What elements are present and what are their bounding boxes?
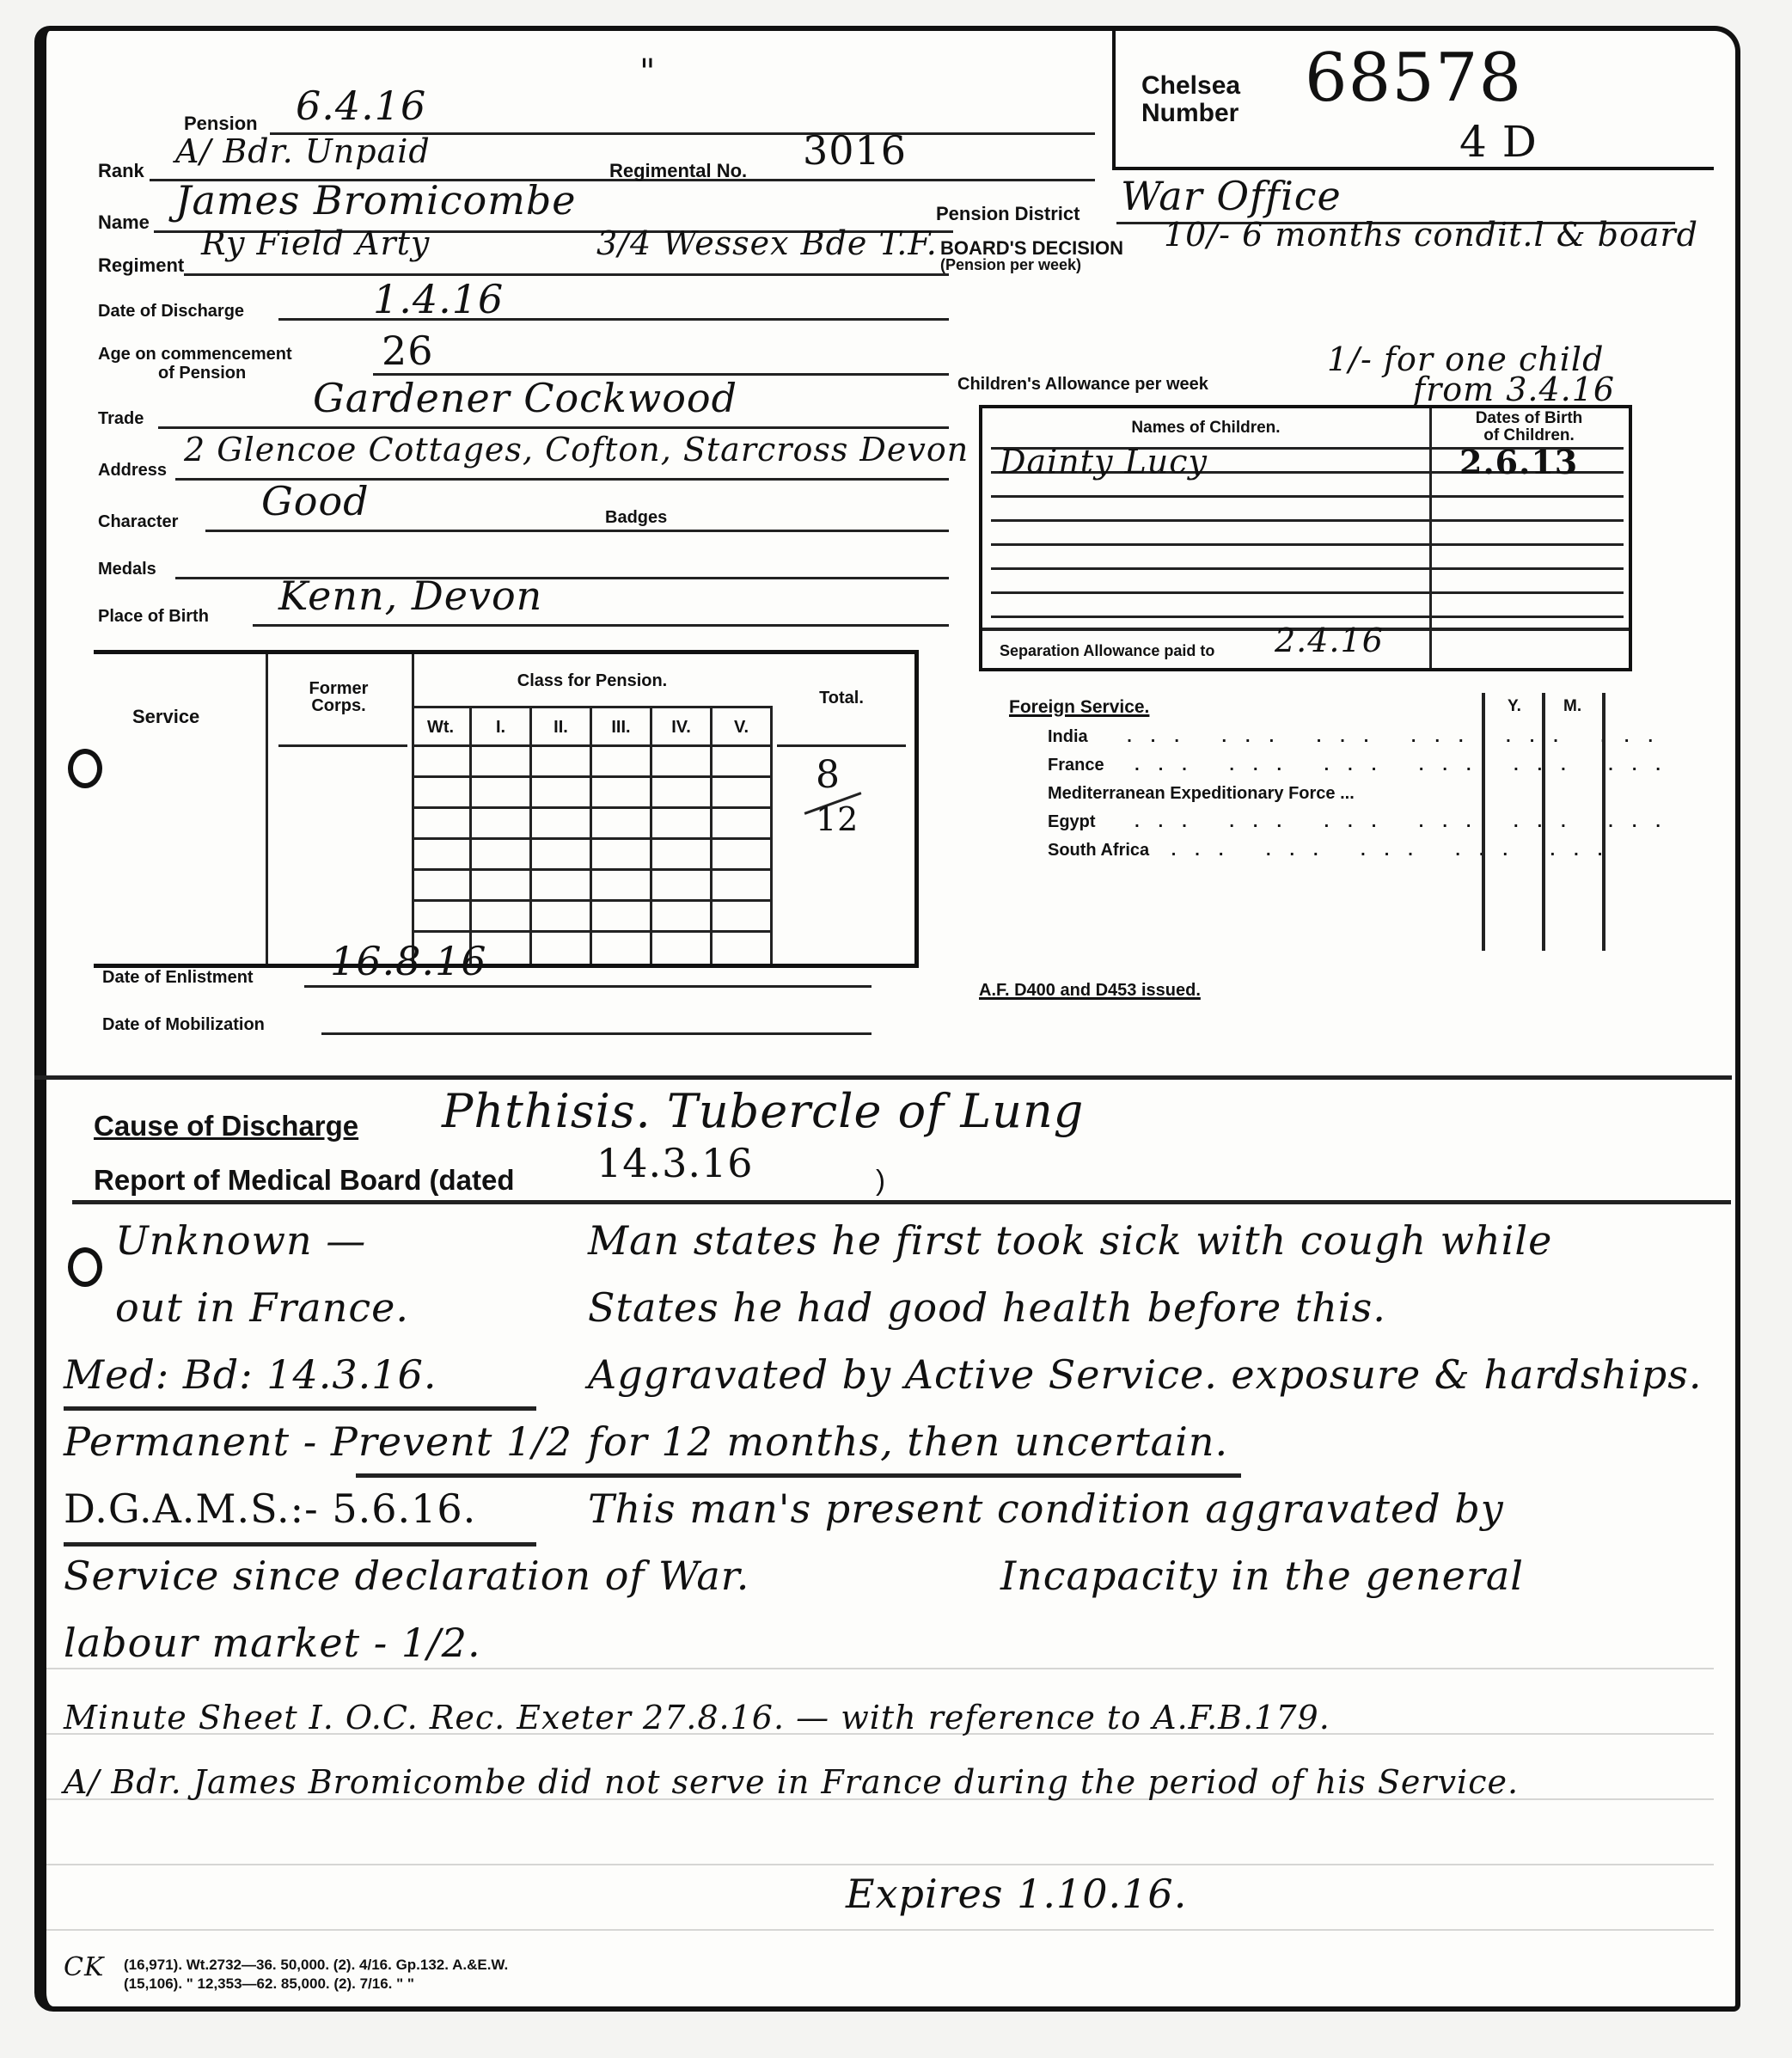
former-corps-rule xyxy=(278,744,407,747)
pension-district-value: War Office xyxy=(1121,173,1342,219)
regiment-value: Ry Field Arty xyxy=(201,224,430,262)
medical-board-date: 14.3.16 xyxy=(596,1140,754,1186)
trade-value: Gardener Cockwood xyxy=(313,375,737,421)
name-label: Name xyxy=(98,211,150,234)
age-label: Age on commencement of Pension xyxy=(98,345,292,383)
pension-record-card: Chelsea Number 68578 4 D " Pension 6.4.1… xyxy=(34,26,1740,2012)
birthplace-label: Place of Birth xyxy=(98,607,209,627)
child-dob: 2.6.13 xyxy=(1459,443,1578,481)
footer-print-line2: (15,106). " 12,353—62. 85,000. (2). 7/16… xyxy=(124,1975,414,1993)
divider xyxy=(1602,693,1605,951)
enlistment-rule xyxy=(304,985,872,988)
divider xyxy=(1482,693,1485,951)
foreign-col-years: Y. xyxy=(1508,697,1521,716)
discharge-date-label: Date of Discharge xyxy=(98,302,244,322)
medals-label: Medals xyxy=(98,560,156,579)
class-col-label: II. xyxy=(532,718,590,738)
minute-sheet-line1: Minute Sheet I. O.C. Rec. Exeter 27.8.16… xyxy=(64,1699,1330,1736)
character-rule xyxy=(205,530,949,532)
enlistment-value: 16.8.16 xyxy=(330,938,487,984)
note-underline xyxy=(356,1473,1241,1478)
regimental-no-value: 3016 xyxy=(803,127,907,174)
class-col-label: III. xyxy=(592,718,650,738)
name-value: James Bromicombe xyxy=(175,177,577,224)
foreign-row-dots: ... ... ... ... ... ... xyxy=(1135,756,1679,775)
class-grid-lines xyxy=(412,744,773,959)
foreign-row-dots: ... ... ... ... ... ... xyxy=(1135,812,1679,831)
children-names-header: Names of Children. xyxy=(982,419,1429,438)
regiment-rule xyxy=(184,273,949,276)
children-dob-header-line1: Dates of Birth xyxy=(1429,410,1629,427)
foreign-col-months: M. xyxy=(1563,697,1581,716)
chelsea-label-line2: Number xyxy=(1141,100,1240,127)
note-left: out in France. xyxy=(115,1284,409,1331)
chelsea-mark: 4 D xyxy=(1459,117,1538,167)
note-right: Man states he first took sick with cough… xyxy=(588,1217,1552,1264)
children-dob-header: Dates of Birth of Children. xyxy=(1429,410,1629,444)
boards-decision-value: 10/- 6 months condit.l & board xyxy=(1164,216,1698,254)
footer-initials: CK xyxy=(64,1952,104,1982)
former-corps-line2: Corps. xyxy=(266,697,412,714)
medical-board-close: ) xyxy=(876,1164,885,1197)
age-label-line2: of Pension xyxy=(98,364,292,383)
total-numerator: 8 xyxy=(816,753,841,797)
foreign-row-label: Egypt xyxy=(1048,812,1096,831)
regiment-label: Regiment xyxy=(98,254,184,277)
character-value: Good xyxy=(261,478,370,524)
service-table: Service Former Corps. Class for Pension.… xyxy=(94,650,919,968)
note-right: for 12 months, then uncertain. xyxy=(588,1418,1228,1465)
class-col-label: Wt. xyxy=(412,718,469,738)
former-corps-line1: Former xyxy=(266,680,412,697)
birthplace-rule xyxy=(253,624,949,627)
children-dob-header-line2: of Children. xyxy=(1429,427,1629,444)
note-right: This man's present condition aggravated … xyxy=(588,1485,1504,1532)
class-col-label: V. xyxy=(713,718,770,738)
enlistment-label: Date of Enlistment xyxy=(102,968,254,988)
address-label: Address xyxy=(98,461,167,481)
birthplace-value: Kenn, Devon xyxy=(278,573,542,619)
total-rule xyxy=(777,744,906,747)
expiry-note: Expires 1.10.16. xyxy=(846,1871,1187,1917)
section-divider xyxy=(34,1075,1732,1080)
children-allowance-value-2: from 3.4.16 xyxy=(1413,371,1615,408)
badges-label: Badges xyxy=(605,508,667,528)
note-right: States he had good health before this. xyxy=(588,1284,1386,1331)
cause-of-discharge-value: Phthisis. Tubercle of Lung xyxy=(442,1084,1084,1138)
discharge-date-value: 1.4.16 xyxy=(373,276,504,322)
foreign-row-dots: ... ... ... ... ... ... xyxy=(1127,727,1672,746)
foreign-row-label: Mediterranean Expeditionary Force xyxy=(1048,784,1336,803)
note-right: Aggravated by Active Service. exposure &… xyxy=(588,1351,1702,1398)
mobilization-label: Date of Mobilization xyxy=(102,1015,265,1035)
chelsea-number-box: Chelsea Number 68578 4 D xyxy=(1112,31,1714,170)
rank-label: Rank xyxy=(98,160,144,182)
total-header: Total. xyxy=(777,689,906,708)
medical-board-label: Report of Medical Board (dated xyxy=(94,1164,515,1197)
chelsea-label: Chelsea Number xyxy=(1141,72,1240,127)
children-allowance-label: Children's Allowance per week xyxy=(957,375,1208,395)
note-left: Unknown — xyxy=(115,1217,366,1264)
foreign-row-egypt: Egypt ... ... ... ... ... ... xyxy=(1048,812,1679,832)
foreign-row-label: India xyxy=(1048,727,1088,746)
former-corps-header: Former Corps. xyxy=(266,680,412,714)
foreign-row-label: South Africa xyxy=(1048,841,1149,860)
child-name: Dainty Lucy xyxy=(1000,443,1208,481)
note-underline xyxy=(64,1406,536,1411)
foreign-row-dots: ... ... ... ... ... xyxy=(1171,841,1622,860)
punch-hole xyxy=(68,749,102,788)
trade-rule xyxy=(158,426,949,429)
cause-of-discharge-label: Cause of Discharge xyxy=(94,1110,358,1142)
note-left: Service since declaration of War. xyxy=(64,1553,749,1599)
af-issued-note: A.F. D400 and D453 issued. xyxy=(979,981,1201,1001)
chelsea-label-line1: Chelsea xyxy=(1141,72,1240,100)
mobilization-rule xyxy=(321,1032,872,1035)
foreign-row-france: France ... ... ... ... ... ... xyxy=(1048,756,1679,775)
children-table: Names of Children. Dates of Birth of Chi… xyxy=(979,405,1632,671)
age-label-line1: Age on commencement xyxy=(98,345,292,364)
punch-hole xyxy=(68,1247,102,1287)
class-for-pension-header: Class for Pension. xyxy=(412,671,773,691)
regiment-extra: 3/4 Wessex Bde T.F. xyxy=(596,224,938,262)
footer-print-line1: (16,971). Wt.2732—36. 50,000. (2). 4/16.… xyxy=(124,1957,508,1974)
chelsea-number: 68578 xyxy=(1305,40,1522,117)
medical-board-rule xyxy=(72,1200,1731,1204)
foreign-row-india: India ... ... ... ... ... ... xyxy=(1048,727,1672,747)
pension-date-value: 6.4.16 xyxy=(296,83,426,129)
note-left: Med: Bd: 14.3.16. xyxy=(64,1351,437,1398)
age-value: 26 xyxy=(382,328,434,374)
boards-decision-sub: (Pension per week) xyxy=(940,256,1081,274)
class-col-label: IV. xyxy=(652,718,710,738)
address-value: 2 Glencoe Cottages, Cofton, Starcross De… xyxy=(184,431,969,469)
foreign-row-south-africa: South Africa ... ... ... ... ... xyxy=(1048,841,1621,861)
quote-mark: " xyxy=(639,52,656,92)
separation-label: Separation Allowance paid to xyxy=(1000,642,1214,660)
trade-label: Trade xyxy=(98,409,144,429)
foreign-row-label: France xyxy=(1048,756,1104,775)
regimental-no-label: Regimental No. xyxy=(609,160,747,182)
rank-value: A/ Bdr. Unpaid xyxy=(175,132,431,170)
character-label: Character xyxy=(98,512,178,532)
divider xyxy=(1542,693,1545,951)
note-left: Permanent - Prevent 1/2 xyxy=(64,1418,572,1465)
total-denominator: 12 xyxy=(816,800,859,838)
note-underline xyxy=(64,1542,536,1547)
service-header: Service xyxy=(132,706,199,728)
pension-district-label: Pension District xyxy=(936,203,1079,225)
foreign-row-dots: ... xyxy=(1340,784,1355,803)
note-left: D.G.A.M.S.:- 5.6.16. xyxy=(64,1485,476,1532)
minute-sheet-line2: A/ Bdr. James Bromicombe did not serve i… xyxy=(64,1763,1519,1801)
note-right: Incapacity in the general xyxy=(1000,1553,1524,1599)
foreign-row-mef: Mediterranean Expeditionary Force ... xyxy=(1048,784,1355,804)
foreign-service-title: Foreign Service. xyxy=(1009,697,1149,718)
separation-value: 2.4.16 xyxy=(1275,622,1384,659)
class-col-label: I. xyxy=(472,718,529,738)
